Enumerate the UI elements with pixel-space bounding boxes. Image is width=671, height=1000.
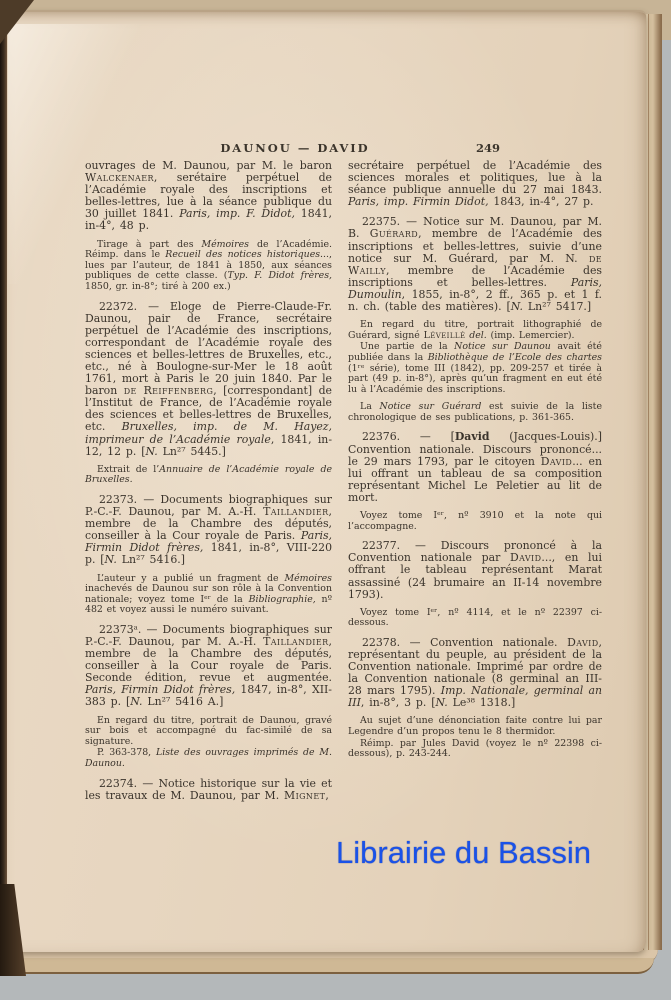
catalog-note: Au sujet d’une dénonciation faite contre…: [348, 716, 602, 737]
catalog-note: L’auteur y a publié un fragment de Mémoi…: [85, 574, 332, 616]
catalog-entry: secrétaire perpétuel de l’Académie des s…: [348, 160, 602, 208]
catalog-entry: 22372. — Eloge de Pierre-Claude-Fr. Daun…: [85, 301, 332, 458]
page-number: 249: [452, 141, 500, 155]
catalog-note: Extrait de l’Annuaire de l’Académie roya…: [85, 465, 332, 486]
catalog-entry: 22375. — Notice sur M. Daunou, par M. B.…: [348, 216, 602, 313]
catalog-note: P. 363-378, Liste des ouvrages imprimés …: [85, 748, 332, 769]
text-column-left: ouvrages de M. Daunou, par M. le baron W…: [85, 160, 332, 802]
running-head: DAUNOU — DAVID: [85, 141, 505, 155]
catalog-note: La Notice sur Guérard est suivie de la l…: [348, 402, 602, 423]
catalog-entry: 22376. — [David (Jacques-Louis).] Conven…: [348, 431, 602, 504]
text-column-right: secrétaire perpétuel de l’Académie des s…: [348, 160, 602, 760]
catalog-entry: 22373. — Documents biographiques sur P.-…: [85, 494, 332, 567]
catalog-entry: 22378. — Convention nationale. David, re…: [348, 637, 602, 710]
catalog-entry: 22373ᵃ. — Documents biographiques sur P.…: [85, 624, 332, 709]
catalog-entry: 22377. — Discours prononcé à la Conventi…: [348, 540, 602, 600]
printed-content: DAUNOU — DAVID 249 ouvrages de M. Daunou…: [0, 0, 671, 1000]
catalog-note: En regard du titre, portrait lithographi…: [348, 320, 602, 341]
catalog-note: Une partie de la Notice sur Daunou avait…: [348, 342, 602, 395]
book-photo: { "page": { "header": { "title": "DAUNOU…: [0, 0, 671, 1000]
catalog-note: Voyez tome Iᵉʳ, nº 4114, et le nº 22397 …: [348, 608, 602, 629]
catalog-entry: ouvrages de M. Daunou, par M. le baron W…: [85, 160, 332, 233]
catalog-note: Tirage à part des Mémoires de l’Académie…: [85, 240, 332, 293]
catalog-note: En regard du titre, portrait de Daunou, …: [85, 716, 332, 748]
catalog-note: Voyez tome Iᵉʳ, nº 3910 et la note qui l…: [348, 511, 602, 532]
catalog-note: Réimp. par Jules David (voyez le nº 2239…: [348, 739, 602, 760]
bookseller-watermark: Librairie du Bassin: [336, 835, 666, 871]
catalog-entry: 22374. — Notice historique sur la vie et…: [85, 778, 332, 802]
